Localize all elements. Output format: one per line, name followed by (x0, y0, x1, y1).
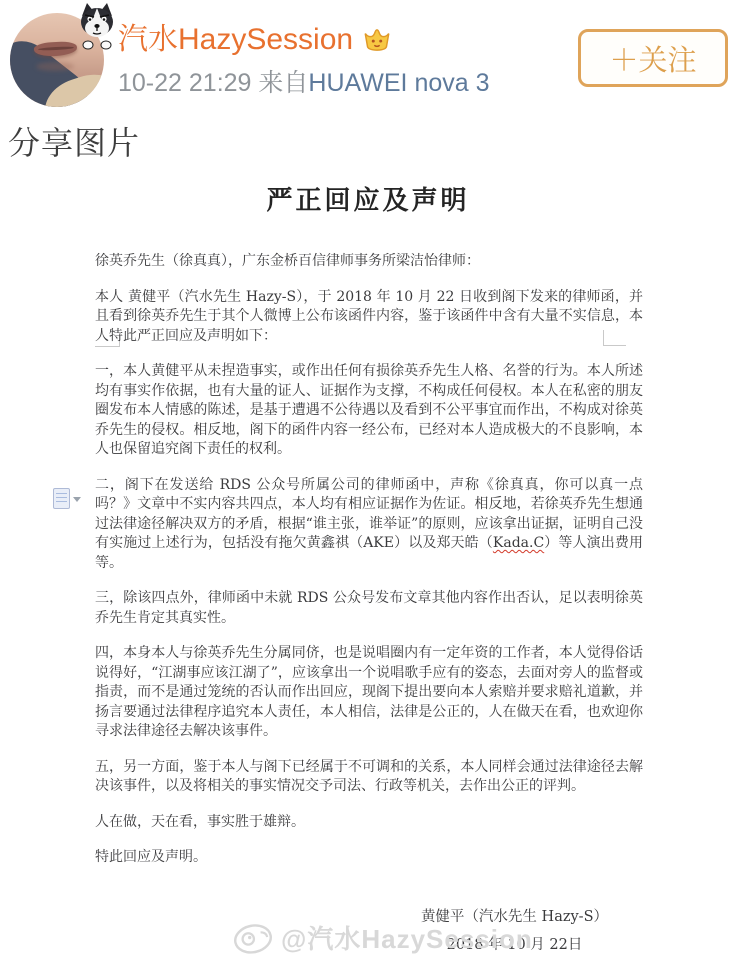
doc-point-1: 一，本人黄健平从未捏造事实，或作出任何有损徐英乔先生人格、名誉的行为。本人所述均… (95, 362, 643, 460)
document-body: 徐英乔先生（徐真真），广东金桥百信律师事务所梁洁怡律师： 本人 黄健平（汽水先生… (95, 252, 643, 884)
post-header: 汽水HazySession 10-22 21:29 来自HUAWEI nova … (0, 0, 736, 115)
doc-point-2: 二，阁下在发送给 RDS 公众号所属公司的律师函中，声称《徐真真，你可以真一点吗… (95, 476, 643, 574)
source-link[interactable]: HUAWEI nova 3 (308, 69, 489, 97)
document-title: 严正回应及声明 (0, 180, 736, 217)
watermark: @汽水HazySession (232, 919, 533, 956)
doc-intro: 本人 黄健平（汽水先生 Hazy-S），于 2018 年 10 月 22 日收到… (95, 288, 643, 347)
doc-point-5: 五，另一方面，鉴于本人与阁下已经属于不可调和的关系，本人同样会通过法律途径去解决… (95, 758, 643, 797)
paste-options-icon (53, 488, 70, 509)
source-prefix: 来自 (258, 69, 308, 97)
vip-crown-icon[interactable] (361, 24, 393, 56)
doc-point-4: 四，本身本人与徐英乔先生分属同侪，也是说唱圈内有一定年资的工作者，本人觉得俗话说… (95, 644, 643, 742)
weibo-logo-icon (232, 921, 274, 955)
post-meta: 10-22 21:29 来自HUAWEI nova 3 (118, 63, 490, 99)
doc-salutation: 徐英乔先生（徐真真），广东金桥百信律师事务所梁洁怡律师： (95, 252, 643, 272)
post-text: 分享图片 (8, 118, 140, 164)
username-link[interactable]: 汽水HazySession (118, 21, 353, 59)
kada-c-underlined: Kada.C (493, 535, 544, 551)
doc-closing-2: 特此回应及声明。 (95, 848, 643, 868)
follow-button[interactable]: ＋关注 (578, 29, 728, 87)
timestamp: 10-22 21:29 (118, 69, 251, 97)
doc-closing-1: 人在做，天在看，事实胜于雄辩。 (95, 813, 643, 833)
paste-options-arrow-icon (73, 497, 81, 502)
doc-point-3: 三，除该四点外，律师函中未就 RDS 公众号发布文章其他内容作出否认，足以表明徐… (95, 589, 643, 628)
watermark-text: @汽水HazySession (281, 919, 533, 956)
husky-dog-sticker-icon (74, 2, 120, 50)
document-image[interactable]: 严正回应及声明 徐英乔先生（徐真真），广东金桥百信律师事务所梁洁怡律师： 本人 … (0, 163, 736, 959)
